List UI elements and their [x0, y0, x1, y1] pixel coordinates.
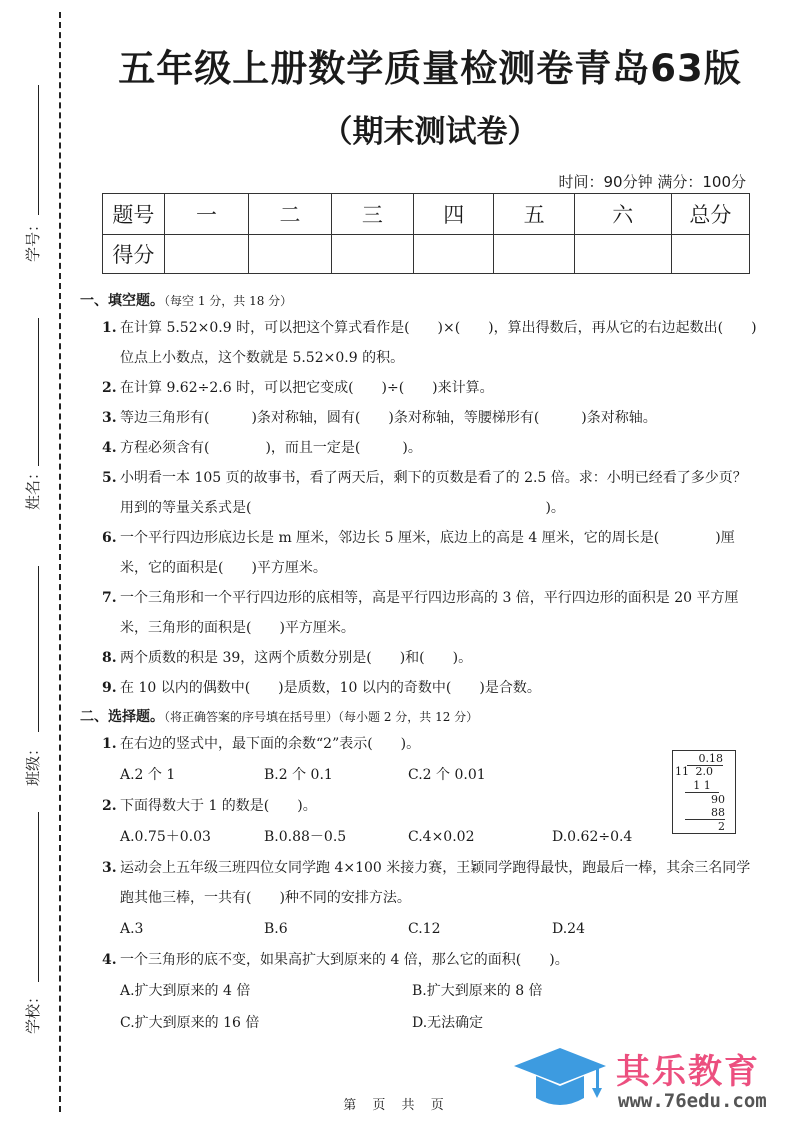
option-d[interactable]: D.24 — [552, 913, 696, 945]
division-remainder: 2 — [718, 820, 725, 833]
option-b[interactable]: B.0.88－0.5 — [264, 821, 408, 853]
long-division-figure: 0.18 11 2.0 1 1 90 88 2 — [672, 750, 736, 834]
question-text: 在计算 5.52×0.9 时，可以把这个算式看作是( )×( )，算出得数后，再… — [102, 313, 760, 373]
score-cell[interactable] — [574, 235, 671, 274]
question-text: 等边三角形有( )条对称轴，圆有( )条对称轴，等腰梯形有( )条对称轴。 — [102, 403, 760, 433]
table-cell: 三 — [331, 194, 413, 235]
question-text: 在计算 9.62÷2.6 时，可以把它变成( )÷( )来计算。 — [102, 373, 760, 403]
table-cell: 得分 — [103, 235, 165, 274]
division-step3: 88 — [685, 806, 725, 820]
brand-logo: 其乐教育 www.76edu.com — [510, 1038, 790, 1118]
section-note: （将正确答案的序号填在括号里）（每小题 2 分，共 12 分） — [164, 710, 478, 724]
options-row: A.扩大到原来的 4 倍 B.扩大到原来的 8 倍 — [80, 975, 760, 1007]
score-table-header-row: 题号 一 二 三 四 五 六 总分 — [103, 194, 750, 235]
brand-url: www.76edu.com — [618, 1090, 767, 1112]
option-c[interactable]: C.4×0.02 — [408, 821, 552, 853]
question: 2.下面得数大于 1 的数是( )。 — [80, 791, 760, 821]
question-number: 2. — [102, 791, 117, 821]
question: 9.在 10 以内的偶数中( )是质数，10 以内的奇数中( )是合数。 — [80, 673, 760, 703]
question-text: 在右边的竖式中，最下面的余数“2”表示( )。 — [102, 729, 650, 759]
class-label: 班级： — [22, 741, 43, 786]
options-row: C.扩大到原来的 16 倍 D.无法确定 — [80, 1007, 760, 1039]
class-line — [38, 566, 39, 732]
table-cell: 题号 — [103, 194, 165, 235]
question-number: 2. — [102, 373, 117, 403]
question: 5.小明看一本 105 页的故事书，看了两天后，剩下的页数是看了的 2.5 倍。… — [80, 463, 760, 523]
question: 6.一个平行四边形底边长是 m 厘米，邻边长 5 厘米，底边上的高是 4 厘米，… — [80, 523, 760, 583]
question: 2.在计算 9.62÷2.6 时，可以把它变成( )÷( )来计算。 — [80, 373, 760, 403]
score-cell[interactable] — [249, 235, 331, 274]
student-id-line — [38, 85, 39, 215]
question-text: 一个三角形和一个平行四边形的底相等，高是平行四边形高的 3 倍，平行四边形的面积… — [102, 583, 760, 643]
section-heading: 一、填空题。（每空 1 分，共 18 分） — [80, 289, 760, 313]
score-cell[interactable] — [494, 235, 574, 274]
name-line — [38, 318, 39, 466]
table-cell: 二 — [249, 194, 331, 235]
question-number: 5. — [102, 463, 117, 493]
table-cell: 五 — [494, 194, 574, 235]
question-text: 下面得数大于 1 的数是( )。 — [102, 791, 760, 821]
score-cell[interactable] — [414, 235, 494, 274]
division-divisor: 11 — [675, 765, 689, 778]
section-note: （每空 1 分，共 18 分） — [164, 294, 292, 308]
question-text: 一个平行四边形底边长是 m 厘米，邻边长 5 厘米，底边上的高是 4 厘米，它的… — [102, 523, 760, 583]
question-text: 方程必须含有( )，而且一定是( )。 — [102, 433, 760, 463]
page-subtitle: （期末测试卷） — [100, 106, 760, 151]
name-label: 姓名： — [22, 465, 43, 510]
question: 7.一个三角形和一个平行四边形的底相等，高是平行四边形高的 3 倍，平行四边形的… — [80, 583, 760, 643]
option-a[interactable]: A.扩大到原来的 4 倍 — [120, 975, 412, 1007]
school-label: 学校： — [22, 989, 43, 1034]
exam-meta: 时间：90分钟 满分：100分 — [559, 171, 747, 192]
table-cell: 总分 — [671, 194, 749, 235]
option-d[interactable]: D.无法确定 — [412, 1007, 704, 1039]
option-c[interactable]: C.扩大到原来的 16 倍 — [120, 1007, 412, 1039]
question-number: 6. — [102, 523, 117, 553]
graduation-cap-icon — [510, 1046, 610, 1112]
question-text: 运动会上五年级三班四位女同学跑 4×100 米接力赛，王颖同学跑得最快，跑最后一… — [102, 853, 760, 913]
option-a[interactable]: A.3 — [120, 913, 264, 945]
question-number: 1. — [102, 313, 117, 343]
question: 4.一个三角形的底不变，如果高扩大到原来的 4 倍，那么它的面积( )。 — [80, 945, 760, 975]
division-quotient: 0.18 — [687, 752, 723, 766]
cut-line — [59, 12, 61, 1112]
question-text: 小明看一本 105 页的故事书，看了两天后，剩下的页数是看了的 2.5 倍。求：… — [102, 463, 760, 523]
option-a[interactable]: A.0.75＋0.03 — [120, 821, 264, 853]
exam-body: 一、填空题。（每空 1 分，共 18 分） 1.在计算 5.52×0.9 时，可… — [80, 289, 760, 1039]
question-number: 4. — [102, 945, 117, 975]
table-cell: 四 — [414, 194, 494, 235]
question-number: 9. — [102, 673, 117, 703]
option-b[interactable]: B.2 个 0.1 — [264, 759, 408, 791]
option-c[interactable]: C.12 — [408, 913, 552, 945]
question-number: 3. — [102, 853, 117, 883]
question-text: 两个质数的积是 39，这两个质数分别是( )和( )。 — [102, 643, 760, 673]
table-cell: 六 — [574, 194, 671, 235]
question: 3.运动会上五年级三班四位女同学跑 4×100 米接力赛，王颖同学跑得最快，跑最… — [80, 853, 760, 913]
question: 1.在右边的竖式中，最下面的余数“2”表示( )。 — [80, 729, 760, 759]
page-title: 五年级上册数学质量检测卷青岛63版 — [100, 38, 760, 92]
score-table-score-row: 得分 — [103, 235, 750, 274]
section-title: 二、选择题。 — [80, 709, 164, 725]
option-b[interactable]: B.6 — [264, 913, 408, 945]
question-number: 3. — [102, 403, 117, 433]
question-number: 7. — [102, 583, 117, 613]
options-row: A.3 B.6 C.12 D.24 — [80, 913, 760, 945]
option-c[interactable]: C.2 个 0.01 — [408, 759, 552, 791]
division-step2: 90 — [711, 793, 725, 806]
division-dividend: 2.0 — [696, 765, 714, 778]
section-title: 一、填空题。 — [80, 293, 164, 309]
question: 3.等边三角形有( )条对称轴，圆有( )条对称轴，等腰梯形有( )条对称轴。 — [80, 403, 760, 433]
question-number: 4. — [102, 433, 117, 463]
option-b[interactable]: B.扩大到原来的 8 倍 — [412, 975, 704, 1007]
section-heading: 二、选择题。（将正确答案的序号填在括号里）（每小题 2 分，共 12 分） — [80, 705, 760, 729]
options-row: A.0.75＋0.03 B.0.88－0.5 C.4×0.02 D.0.62÷0… — [80, 821, 760, 853]
division-step1: 1 1 — [685, 779, 719, 793]
student-id-label: 学号： — [22, 217, 43, 262]
question-number: 1. — [102, 729, 117, 759]
question: 4.方程必须含有( )，而且一定是( )。 — [80, 433, 760, 463]
question: 8.两个质数的积是 39，这两个质数分别是( )和( )。 — [80, 643, 760, 673]
score-cell[interactable] — [164, 235, 248, 274]
question: 1.在计算 5.52×0.9 时，可以把这个算式看作是( )×( )，算出得数后… — [80, 313, 760, 373]
brand-name: 其乐教育 — [616, 1044, 760, 1093]
question-number: 8. — [102, 643, 117, 673]
option-a[interactable]: A.2 个 1 — [120, 759, 264, 791]
school-line — [38, 812, 39, 982]
question-text: 在 10 以内的偶数中( )是质数，10 以内的奇数中( )是合数。 — [102, 673, 760, 703]
score-cell[interactable] — [331, 235, 413, 274]
score-table: 题号 一 二 三 四 五 六 总分 得分 — [102, 193, 750, 274]
options-row: A.2 个 1 B.2 个 0.1 C.2 个 0.01 — [80, 759, 760, 791]
question-text: 一个三角形的底不变，如果高扩大到原来的 4 倍，那么它的面积( )。 — [102, 945, 760, 975]
score-cell[interactable] — [671, 235, 749, 274]
table-cell: 一 — [164, 194, 248, 235]
